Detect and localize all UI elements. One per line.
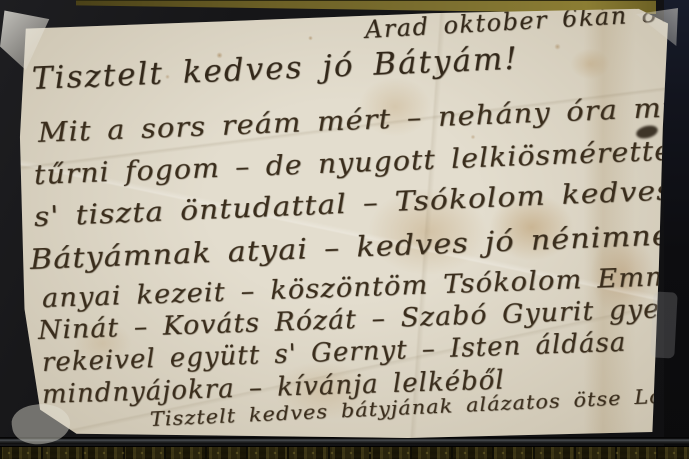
letter-paper: Arad oktober 6kán 849 Tisztelt kedves jó… <box>18 8 668 438</box>
frame-bottom-ridge <box>0 437 689 444</box>
framed-letter-photo: Arad oktober 6kán 849 Tisztelt kedves jó… <box>0 0 689 459</box>
frame-bottom-ornate-band <box>0 446 689 459</box>
frame-right-edge <box>664 0 689 459</box>
letter-salutation: Tisztelt kedves jó Bátyám! <box>31 44 519 95</box>
